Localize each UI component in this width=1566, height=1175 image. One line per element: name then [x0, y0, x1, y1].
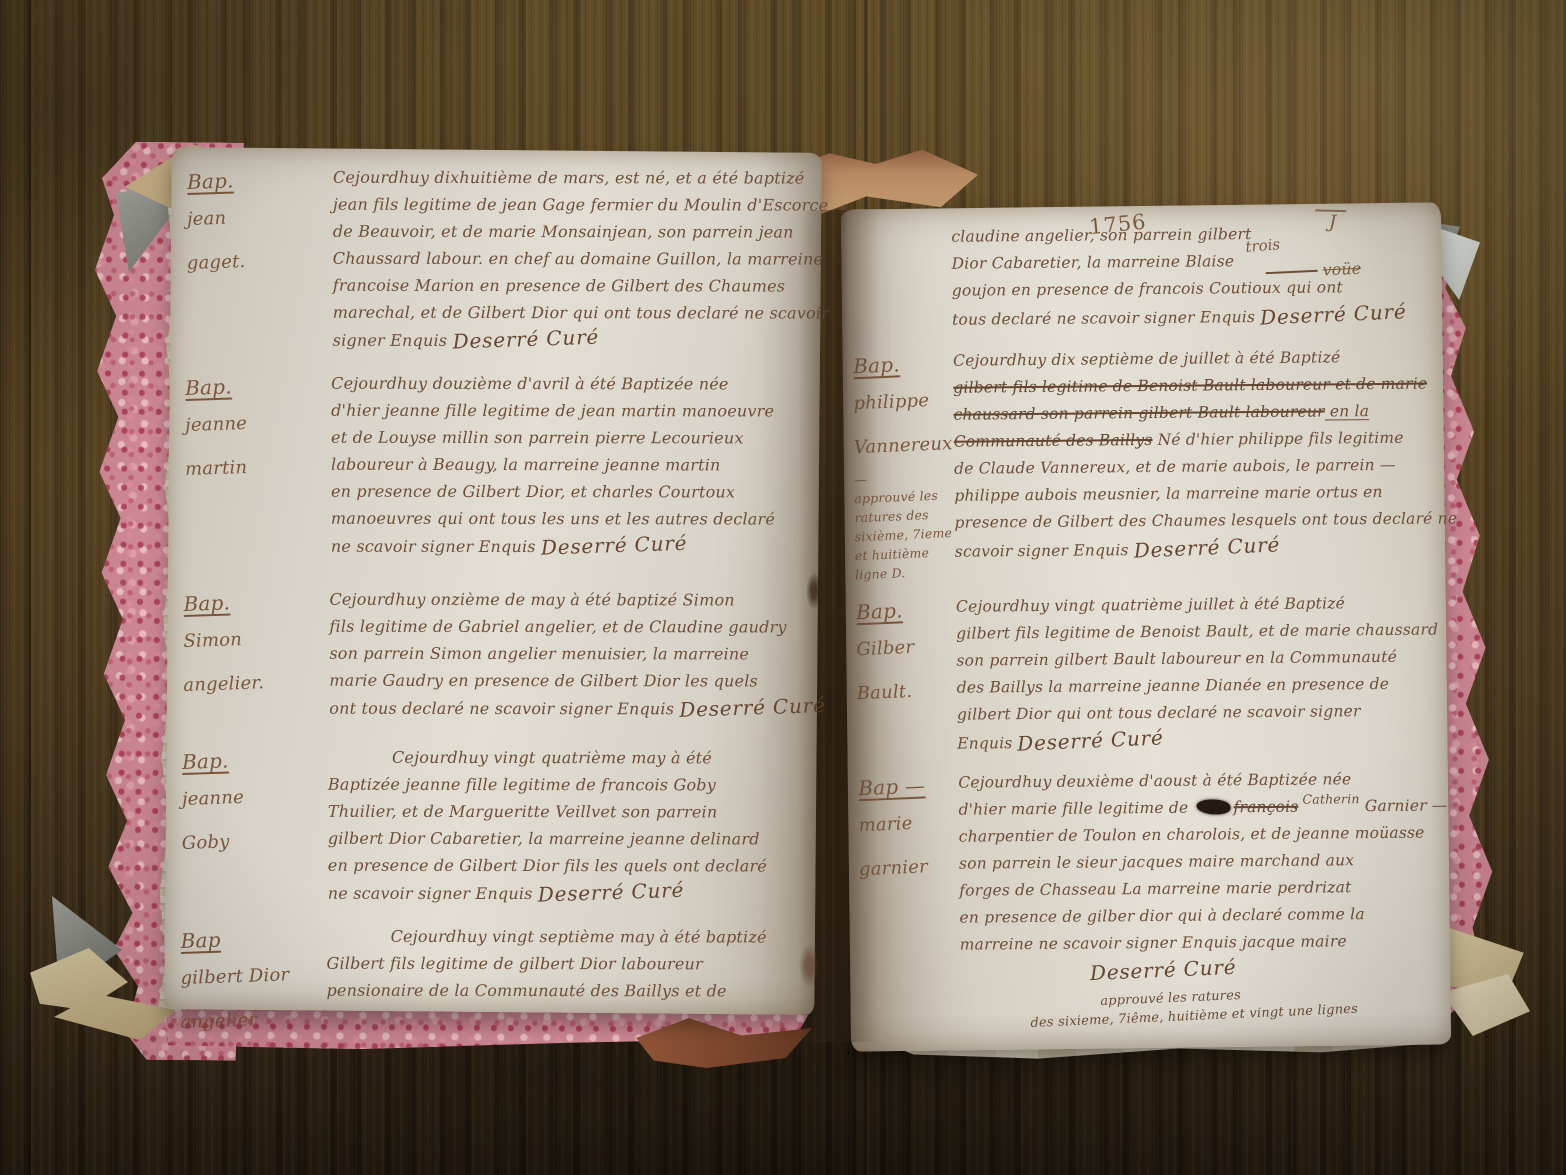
left-page: Bap.jeangaget.Cejourdhuy dixhuitième de … — [164, 147, 821, 1015]
margin-label-line: Bap. — [185, 367, 332, 404]
margin-approval-note: ligne D. — [855, 561, 956, 584]
text-segment: Garnier — — [1360, 796, 1448, 815]
text-segment: tous declaré ne scavoir signer Enquis — [952, 308, 1260, 329]
cure-signature: Deserré Curé — [679, 692, 826, 724]
text-segment: d'hier marie fille legitime de — [958, 799, 1193, 819]
entry-line: en presence de gilber dior qui à declaré… — [959, 901, 1425, 932]
entry-line: d'hier jeanne fille legitime de jean mar… — [331, 397, 801, 425]
corner-pen-mark: J — [1315, 209, 1347, 233]
margin-label-line: angelier — [180, 996, 327, 1045]
text-segment: Cejourdhuy deuxième d'aoust à été Baptiz… — [958, 770, 1351, 791]
entry-line: Cejourdhuy vingt quatrième may à été — [328, 744, 798, 772]
entry-line: forges de Chasseau La marreine marie per… — [959, 874, 1425, 905]
entry-line: chaussard son parrein gilbert Bault labo… — [953, 398, 1419, 429]
baptism-entry: Bapgilbert DiorangelierCejourdhuy vingt … — [180, 922, 796, 1043]
entry-line: fils legitime de Gabriel angelier, et de… — [329, 613, 799, 641]
text-segment: ont tous declaré ne scavoir signer Enqui… — [329, 699, 679, 719]
entry-line: tous declaré ne scavoir signer Enquis De… — [952, 301, 1418, 334]
right-page-entries: claudine angelier, son parrein gilbertDi… — [851, 219, 1427, 1042]
text-segment: goujon en presence de francois Coutioux … — [952, 278, 1343, 299]
margin-label-line: Bap — [180, 920, 327, 957]
entry-line: marreine ne scavoir signer Enquis jacque… — [960, 928, 1426, 959]
text-segment: Cejourdhuy vingt quatrième may à été — [392, 748, 712, 768]
margin-label-line: gaget. — [186, 237, 333, 286]
entry-line: Cejourdhuy dix septième de juillet à été… — [953, 344, 1419, 375]
entry-line: gilbert Dior Cabaretier, la marreine jea… — [328, 825, 798, 853]
text-segment: manoeuvres qui ont tous les uns et les a… — [331, 509, 775, 529]
text-segment: signer Enquis — [333, 331, 453, 350]
entry-line: marie Gaudry en presence de Gilbert Dior… — [329, 667, 799, 695]
entry-line: son parrein gilbert Bault laboureur en l… — [956, 644, 1422, 675]
baptism-entry: Bap.philippeVannereux—approuvé lesrature… — [853, 344, 1421, 583]
text-segment: son parrein Simon angelier menuisier, la… — [329, 644, 749, 664]
text-segment: laboureur à Beaugy, la marreine jeanne m… — [331, 455, 721, 475]
right-page: claudine angelier, son parrein gilbertDi… — [841, 202, 1451, 1051]
cure-signature: Deserré Curé — [537, 877, 684, 909]
text-segment: forges de Chasseau La marreine marie per… — [959, 878, 1351, 899]
baptism-entry: Bap.Simonangelier.Cejourdhuy onzième de … — [183, 585, 799, 722]
entry-margin-label — [851, 224, 951, 225]
baptism-entry: Bap.jeangaget.Cejourdhuy dixhuitième de … — [187, 163, 803, 354]
entry-line: son parrein le sieur jacques maire march… — [959, 847, 1425, 878]
entry-text: Cejourdhuy vingt quatrième may à étéBapt… — [328, 744, 798, 908]
margin-label-line: garnier — [858, 844, 960, 892]
text-segment: chaussard son parrein gilbert Bault labo… — [953, 402, 1324, 423]
entry-line: pensionaire de la Communauté des Baillys… — [326, 977, 796, 1005]
margin-label-line: Bap — — [858, 768, 959, 804]
entry-line: Cejourdhuy onzième de may à été baptizé … — [329, 586, 799, 614]
entry-line: francoise Marion en presence de Gilbert … — [333, 272, 803, 300]
entry-line: de Claude Vannereux, et de marie aubois,… — [954, 452, 1420, 483]
text-segment: Catherin — [1298, 791, 1359, 807]
entry-text: Cejourdhuy dixhuitième de mars, est né, … — [333, 164, 803, 355]
entry-line: Thuilier, et de Margueritte Veillvet son… — [328, 798, 798, 826]
entry-line: jean fils legitime de jean Gage fermier … — [333, 191, 803, 219]
entry-text: Cejourdhuy dix septième de juillet à été… — [953, 344, 1421, 566]
margin-label-line: Bap. — [181, 741, 328, 778]
text-segment: jean fils legitime de jean Gage fermier … — [333, 195, 828, 215]
entry-line: d'hier marie fille legitime de françois … — [958, 793, 1424, 824]
entry-line: son parrein Simon angelier menuisier, la… — [329, 640, 799, 668]
text-segment: Gilbert fils legitime de gilbert Dior la… — [327, 954, 703, 974]
entry-margin-label: Bapgilbert Diorangelier — [180, 922, 326, 1042]
margin-label-line: jeanne — [181, 773, 328, 822]
text-segment: de Beauvoir, et de marie Monsainjean, so… — [333, 222, 794, 242]
text-segment: gilbert fils legitime de Benoist Bault l… — [953, 375, 1427, 397]
text-segment: gilbert Dior qui ont tous declaré ne sca… — [957, 702, 1361, 724]
left-page-entries: Bap.jeangaget.Cejourdhuy dixhuitième de … — [180, 161, 803, 1002]
text-segment: Baptizée jeanne fille legitime de franco… — [328, 775, 716, 795]
text-segment: en la — [1325, 402, 1370, 420]
entry-margin-label: Bap.philippeVannereux—approuvé lesrature… — [853, 348, 955, 583]
binding-stitch-hole — [799, 944, 819, 988]
entry-line: ne scavoir signer Enquis Deserré Curé — [331, 532, 801, 561]
entry-line: claudine angelier, son parrein gilbert — [951, 220, 1417, 251]
entry-margin-label: Bap.Simonangelier. — [183, 585, 329, 705]
text-segment: Cejourdhuy vingt septième may à été bapt… — [391, 927, 767, 947]
entry-margin-label: Bap.jeanneGoby — [182, 743, 328, 863]
entry-line: scavoir signer Enquis Deserré Curé — [955, 533, 1421, 566]
margin-label-line: philippe — [853, 378, 955, 426]
baptism-entry: Bap.GilberBault.Cejourdhuy vingt quatriè… — [856, 590, 1423, 759]
margin-label-line: Bap. — [183, 583, 330, 620]
text-segment: Communauté des Baillys — [954, 431, 1153, 451]
text-segment: presence de Gilbert des Chaumes lesquels… — [954, 509, 1457, 531]
margin-label-line: Simon — [183, 615, 330, 664]
entry-line: marechal, et de Gilbert Dior qui ont tou… — [333, 299, 803, 327]
cure-signature: Deserré Curé — [1089, 954, 1237, 987]
text-segment: Cejourdhuy onzième de may à été baptizé … — [329, 590, 734, 610]
entry-line: Communauté des Baillys Né d'hier philipp… — [954, 425, 1420, 456]
margin-label-line: marie — [858, 800, 960, 848]
text-segment: son parrein le sieur jacques maire march… — [959, 851, 1354, 872]
margin-label-line: Bap. — [852, 346, 953, 382]
text-segment: marreine ne scavoir signer Enquis jacque… — [960, 932, 1347, 953]
margin-label-line: Bault. — [856, 668, 958, 716]
entry-line: et de Louyse millin son parrein pierre L… — [331, 424, 801, 452]
margin-label-line: Bap. — [186, 161, 333, 198]
text-segment: charpentier de Toulon en charolois, et d… — [959, 824, 1425, 846]
cure-signature: Deserré Curé — [1133, 531, 1281, 564]
text-segment: gilbert Dior Cabaretier, la marreine jea… — [328, 829, 760, 849]
text-segment: en presence de Gilbert Dior, et charles … — [331, 482, 735, 502]
entry-line: gilbert fils legitime de Benoist Bault, … — [956, 617, 1422, 648]
entry-text: Cejourdhuy vingt septième may à été bapt… — [326, 923, 796, 1005]
baptism-entry: Bap.jeanneGobyCejourdhuy vingt quatrième… — [182, 743, 798, 907]
text-segment: Cejourdhuy vingt quatrième juillet à été… — [956, 594, 1345, 615]
text-segment: pensionaire de la Communauté des Baillys… — [326, 981, 726, 1001]
entry-line: gilbert fils legitime de Benoist Bault l… — [953, 371, 1419, 402]
entry-text: Cejourdhuy douzième d'avril à été Baptiz… — [331, 370, 801, 561]
text-segment: Thuilier, et de Margueritte Veillvet son… — [328, 802, 717, 822]
text-segment: des Baillys la marreine jeanne Dianée en… — [957, 675, 1390, 697]
margin-label-line: jean — [186, 193, 333, 242]
entry-line: de Beauvoir, et de marie Monsainjean, so… — [333, 218, 803, 246]
entry-line: Cejourdhuy vingt quatrième juillet à été… — [956, 590, 1422, 621]
entry-line: signer Enquis Deserré Curé — [333, 326, 803, 355]
text-segment: françois — [1233, 798, 1298, 817]
text-segment: Dior Cabaretier, la marreine Blaise — [952, 252, 1235, 272]
entry-line: gilbert Dior qui ont tous declaré ne sca… — [957, 698, 1423, 729]
entry-line: Enquis Deserré Curé — [957, 725, 1423, 758]
text-segment: marie Gaudry en presence de Gilbert Dior… — [329, 671, 758, 691]
text-segment: ne scavoir signer Enquis — [331, 537, 541, 556]
entry-line: des Baillys la marreine jeanne Dianée en… — [957, 671, 1423, 702]
entry-line: Chaussard labour. en chef au domaine Gui… — [333, 245, 803, 273]
margin-label-line: angelier. — [183, 659, 330, 708]
photo-scene: Bap.jeangaget.Cejourdhuy dixhuitième de … — [0, 0, 1566, 1175]
entry-text: Cejourdhuy onzième de may à été baptizé … — [329, 586, 799, 723]
entry-line: presence de Gilbert des Chaumes lesquels… — [954, 506, 1420, 537]
entry-margin-label: Bap.GilberBault. — [856, 594, 957, 715]
entry-margin-label: Bap —mariegarnier — [858, 770, 959, 891]
text-segment: de Claude Vannereux, et de marie aubois,… — [954, 456, 1396, 478]
baptism-entry: Bap.jeannemartinCejourdhuy douzième d'av… — [185, 369, 801, 560]
entry-text: Cejourdhuy deuxième d'aoust à été Baptiz… — [958, 766, 1426, 1028]
entry-line: manoeuvres qui ont tous les uns et les a… — [331, 505, 801, 533]
entry-line: ont tous declaré ne scavoir signer Enqui… — [329, 694, 799, 723]
baptism-entry: Bap —mariegarnierCejourdhuy deuxième d'a… — [858, 766, 1426, 1029]
text-segment: philippe aubois meusnier, la marreine ma… — [954, 483, 1383, 505]
entry-line: Gilbert fils legitime de gilbert Dior la… — [327, 950, 797, 978]
text-segment: d'hier jeanne fille legitime de jean mar… — [331, 401, 774, 421]
cure-signature: Deserré Curé — [452, 324, 599, 356]
text-segment: en presence de Gilbert Dior fils les que… — [328, 856, 767, 876]
text-segment: son parrein gilbert Bault laboureur en l… — [956, 648, 1397, 670]
cure-signature: Deserré Curé — [1017, 724, 1165, 757]
entry-line: en presence de Gilbert Dior fils les que… — [328, 852, 798, 880]
text-segment: Enquis — [957, 734, 1018, 753]
entry-margin-label: Bap.jeannemartin — [185, 369, 331, 489]
entry-line: Cejourdhuy vingt septième may à été bapt… — [327, 923, 797, 951]
entry-line: philippe aubois meusnier, la marreine ma… — [954, 479, 1420, 510]
binding-stitch-hole — [806, 572, 822, 610]
margin-label-line: Vannereux — [853, 422, 955, 470]
text-segment: gilbert fils legitime de Benoist Bault, … — [956, 620, 1438, 642]
margin-label-line: Bap. — [855, 592, 956, 628]
text-segment: Cejourdhuy douzième d'avril à été Baptiz… — [331, 374, 728, 394]
text-segment: et de Louyse millin son parrein pierre L… — [331, 428, 744, 448]
text-segment: marechal, et de Gilbert Dior qui ont tou… — [333, 303, 829, 323]
margin-label-line: martin — [184, 443, 331, 492]
margin-label-line: gilbert Dior — [180, 952, 327, 1001]
text-segment: scavoir signer Enquis — [955, 541, 1134, 561]
entry-line: Cejourdhuy dixhuitième de mars, est né, … — [333, 164, 803, 192]
entry-margin-label: Bap.jeangaget. — [187, 163, 333, 283]
margin-label-line: Gilber — [855, 624, 957, 672]
cure-signature: Deserré Curé — [1260, 298, 1408, 331]
marginal-word-trois: trois — [1245, 235, 1281, 256]
cure-signature: Deserré Curé — [541, 530, 688, 562]
margin-label-line: Goby — [181, 817, 328, 866]
ink-blot — [1196, 799, 1230, 814]
margin-label-line: jeanne — [184, 399, 331, 448]
entry-line: ne scavoir signer Enquis Deserré Curé — [328, 879, 798, 908]
entry-line: Cejourdhuy douzième d'avril à été Baptiz… — [331, 370, 801, 398]
text-segment: ne scavoir signer Enquis — [328, 884, 538, 903]
table-plank-seam — [28, 0, 33, 1175]
entry-line: Baptizée jeanne fille legitime de franco… — [328, 771, 798, 799]
entry-line: en presence de Gilbert Dior, et charles … — [331, 478, 801, 506]
text-segment: Cejourdhuy dixhuitième de mars, est né, … — [333, 168, 805, 188]
text-segment: francoise Marion en presence de Gilbert … — [333, 276, 786, 296]
entry-text: Cejourdhuy vingt quatrième juillet à été… — [956, 590, 1423, 758]
entry-line: charpentier de Toulon en charolois, et d… — [959, 820, 1425, 851]
text-segment: en presence de gilber dior qui à declaré… — [959, 905, 1364, 927]
entry-line: laboureur à Beaugy, la marreine jeanne m… — [331, 451, 801, 479]
text-segment: fils legitime de Gabriel angelier, et de… — [329, 617, 786, 637]
text-segment: Cejourdhuy dix septième de juillet à été… — [953, 348, 1340, 369]
text-segment: Chaussard labour. en chef au domaine Gui… — [333, 249, 823, 269]
text-segment: Né d'hier philippe fils legitime — [1152, 429, 1403, 449]
